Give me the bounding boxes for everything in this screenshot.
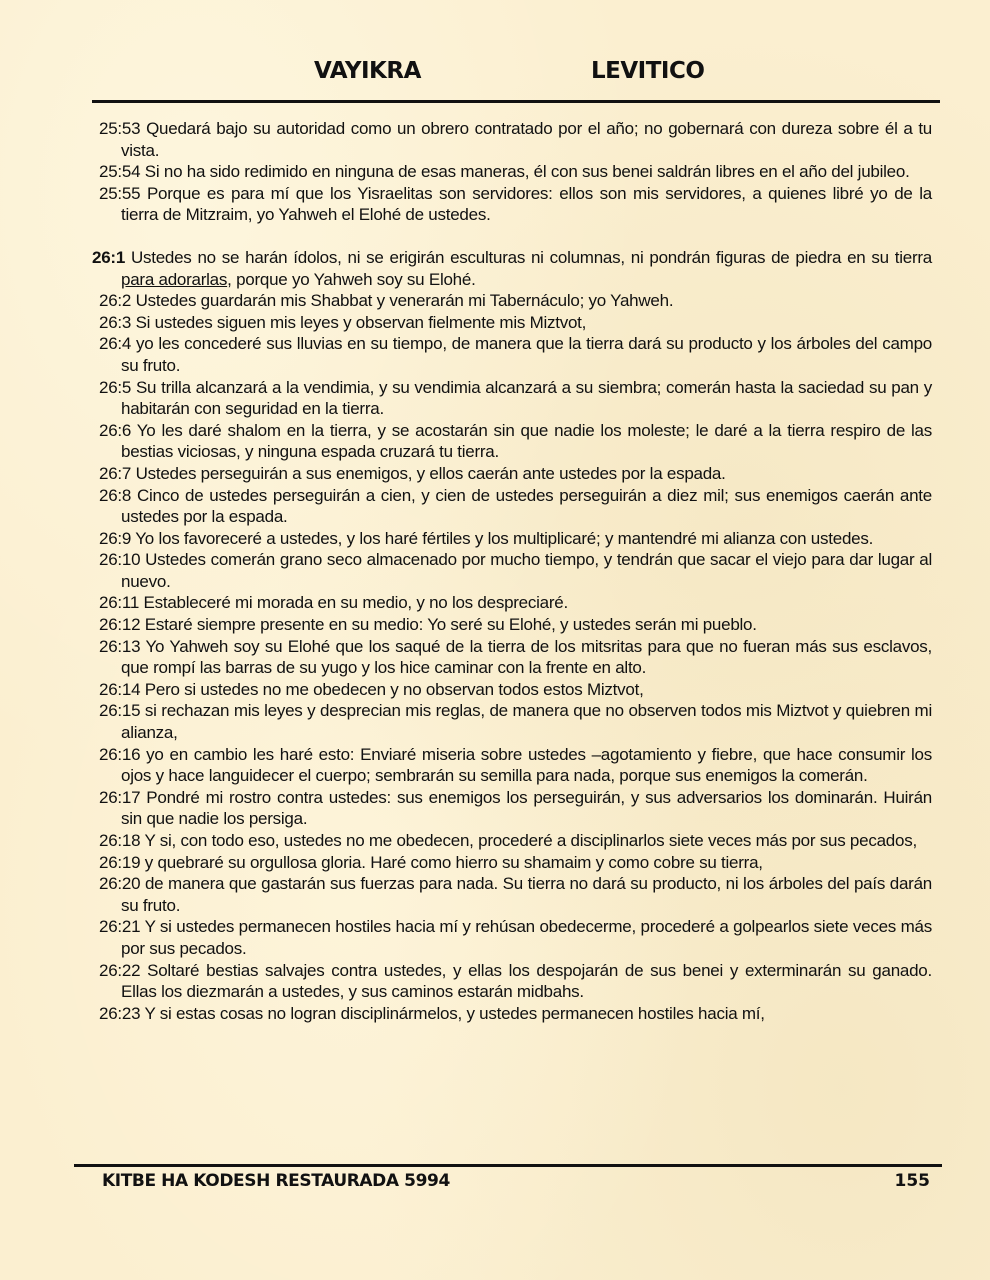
verse-ref: 26:9	[99, 529, 131, 548]
verse-ref: 26:15	[99, 701, 140, 720]
verse-ref: 26:5	[99, 378, 131, 397]
verse-ref: 26:11	[99, 593, 139, 612]
verse-ref: 26:18	[99, 831, 140, 850]
verse-text: de manera que gastarán sus fuerzas para …	[121, 874, 932, 915]
verse-text: Pero si ustedes no me obedecen y no obse…	[145, 680, 644, 699]
verse: 26:8 Cinco de ustedes perseguirán a cien…	[92, 485, 932, 528]
verse: 26:11 Estableceré mi morada en su medio,…	[92, 592, 932, 614]
verse-text: Si ustedes siguen mis leyes y observan f…	[136, 313, 587, 332]
verse: 26:5 Su trilla alcanzará a la vendimia, …	[92, 377, 932, 420]
verse: 26:2 Ustedes guardarán mis Shabbat y ven…	[92, 290, 932, 312]
verse-text: yo les concederé sus lluvias en su tiemp…	[121, 334, 932, 375]
verse: 26:16 yo en cambio les haré esto: Enviar…	[92, 744, 932, 787]
verse: 26:3 Si ustedes siguen mis leyes y obser…	[92, 312, 932, 334]
verse: 26:22 Soltaré bestias salvajes contra us…	[92, 960, 932, 1003]
verse-ref: 25:54	[99, 162, 140, 181]
underlined-phrase: para adorarlas	[121, 270, 227, 289]
verse-text: Y si ustedes permanecen hostiles hacia m…	[121, 917, 932, 958]
verse-ref: 26:7	[99, 464, 131, 483]
verse-text: Y si, con todo eso, ustedes no me obedec…	[144, 831, 916, 850]
header-divider	[92, 100, 940, 103]
verse: 26:21 Y si ustedes permanecen hostiles h…	[92, 916, 932, 959]
footer-divider	[74, 1164, 942, 1167]
verse-ref: 26:22	[99, 961, 140, 980]
verse-ref: 26:12	[99, 615, 140, 634]
verse-text: Cinco de ustedes perseguirán a cien, y c…	[121, 486, 932, 527]
verse: 26:12 Estaré siempre presente en su medi…	[92, 614, 932, 636]
verse-text: Porque es para mí que los Yisraelitas so…	[121, 184, 932, 225]
verse-ref: 26:2	[99, 291, 131, 310]
verse: 26:13 Yo Yahweh soy su Elohé que los saq…	[92, 636, 932, 679]
verse-text: Ustedes perseguirán a sus enemigos, y el…	[136, 464, 726, 483]
verse: 26:4 yo les concederé sus lluvias en su …	[92, 333, 932, 376]
verse: 26:9 Yo los favoreceré a ustedes, y los …	[92, 528, 932, 550]
verse: 26:17 Pondré mi rostro contra ustedes: s…	[92, 787, 932, 830]
verse-text: Yo los favoreceré a ustedes, y los haré …	[135, 529, 873, 548]
verse: 25:54 Si no ha sido redimido en ninguna …	[92, 161, 932, 183]
verse-text: si rechazan mis leyes y desprecian mis r…	[121, 701, 932, 742]
verse: 26:15 si rechazan mis leyes y desprecian…	[92, 700, 932, 743]
verses-chapter-26: 26:2 Ustedes guardarán mis Shabbat y ven…	[92, 290, 932, 1024]
verse: 26:19 y quebraré su orgullosa gloria. Ha…	[92, 852, 932, 874]
verse-ref: 26:16	[99, 745, 140, 764]
verse-ref: 26:8	[99, 486, 131, 505]
verse-ref: 26:6	[99, 421, 131, 440]
verse-text: yo en cambio les haré esto: Enviaré mise…	[121, 745, 932, 786]
verse-text: Si no ha sido redimido en ninguna de esa…	[145, 162, 910, 181]
verse-text: Ustedes comerán grano seco almacenado po…	[121, 550, 932, 591]
verse-text: y quebraré su orgullosa gloria. Haré com…	[145, 853, 763, 872]
verse-ref: 26:19	[99, 853, 140, 872]
verse: 26:18 Y si, con todo eso, ustedes no me …	[92, 830, 932, 852]
verse-26-1: 26:1 Ustedes no se harán ídolos, ni se e…	[92, 247, 932, 290]
verses-chapter-25: 25:53 Quedará bajo su autoridad como un …	[92, 118, 932, 226]
chapter-gap	[92, 226, 932, 247]
verse-text: , porque yo Yahweh soy su Elohé.	[227, 270, 475, 289]
verse-ref: 25:53	[99, 119, 140, 138]
verse-text: Soltaré bestias salvajes contra ustedes,…	[121, 961, 932, 1002]
page-header: VAYIKRA LEVITICO	[0, 58, 990, 90]
verse-text: Pondré mi rostro contra ustedes: sus ene…	[121, 788, 932, 829]
verse: 26:7 Ustedes perseguirán a sus enemigos,…	[92, 463, 932, 485]
verse: 26:10 Ustedes comerán grano seco almacen…	[92, 549, 932, 592]
verse-text: Ustedes no se harán ídolos, ni se erigir…	[131, 248, 932, 267]
verse: 25:53 Quedará bajo su autoridad como un …	[92, 118, 932, 161]
verse-text: Estaré siempre presente en su medio: Yo …	[145, 615, 757, 634]
verse-ref: 26:21	[99, 917, 140, 936]
scripture-text: 25:53 Quedará bajo su autoridad como un …	[92, 118, 932, 1024]
verse-ref: 26:17	[99, 788, 140, 807]
verse-ref: 25:55	[99, 184, 140, 203]
verse-ref: 26:23	[99, 1004, 140, 1023]
verse-ref: 26:20	[99, 874, 140, 893]
verse-text: Yo Yahweh soy su Elohé que los saqué de …	[121, 637, 932, 678]
verse-text: Y si estas cosas no logran disciplinárme…	[144, 1004, 764, 1023]
verse: 26:14 Pero si ustedes no me obedecen y n…	[92, 679, 932, 701]
verse-text: Su trilla alcanzará a la vendimia, y su …	[121, 378, 932, 419]
book-title-hebrew: VAYIKRA	[314, 58, 421, 84]
footer-book-title: KITBE HA KODESH RESTAURADA 5994	[102, 1171, 450, 1191]
verse-ref: 26:1	[92, 248, 125, 267]
verse: 26:23 Y si estas cosas no logran discipl…	[92, 1003, 932, 1025]
verse: 25:55 Porque es para mí que los Yisraeli…	[92, 183, 932, 226]
verse-text: Quedará bajo su autoridad como un obrero…	[121, 119, 932, 160]
book-title-spanish: LEVITICO	[591, 58, 704, 84]
verse: 26:6 Yo les daré shalom en la tierra, y …	[92, 420, 932, 463]
verse-ref: 26:13	[99, 637, 140, 656]
verse: 26:20 de manera que gastarán sus fuerzas…	[92, 873, 932, 916]
verse-text: Ustedes guardarán mis Shabbat y venerará…	[136, 291, 674, 310]
verse-ref: 26:10	[99, 550, 140, 569]
page-number: 155	[895, 1171, 931, 1191]
verse-ref: 26:4	[99, 334, 131, 353]
verse-text: Estableceré mi morada en su medio, y no …	[144, 593, 568, 612]
verse-ref: 26:3	[99, 313, 131, 332]
verse-ref: 26:14	[99, 680, 140, 699]
verse-text: Yo les daré shalom en la tierra, y se ac…	[121, 421, 932, 462]
